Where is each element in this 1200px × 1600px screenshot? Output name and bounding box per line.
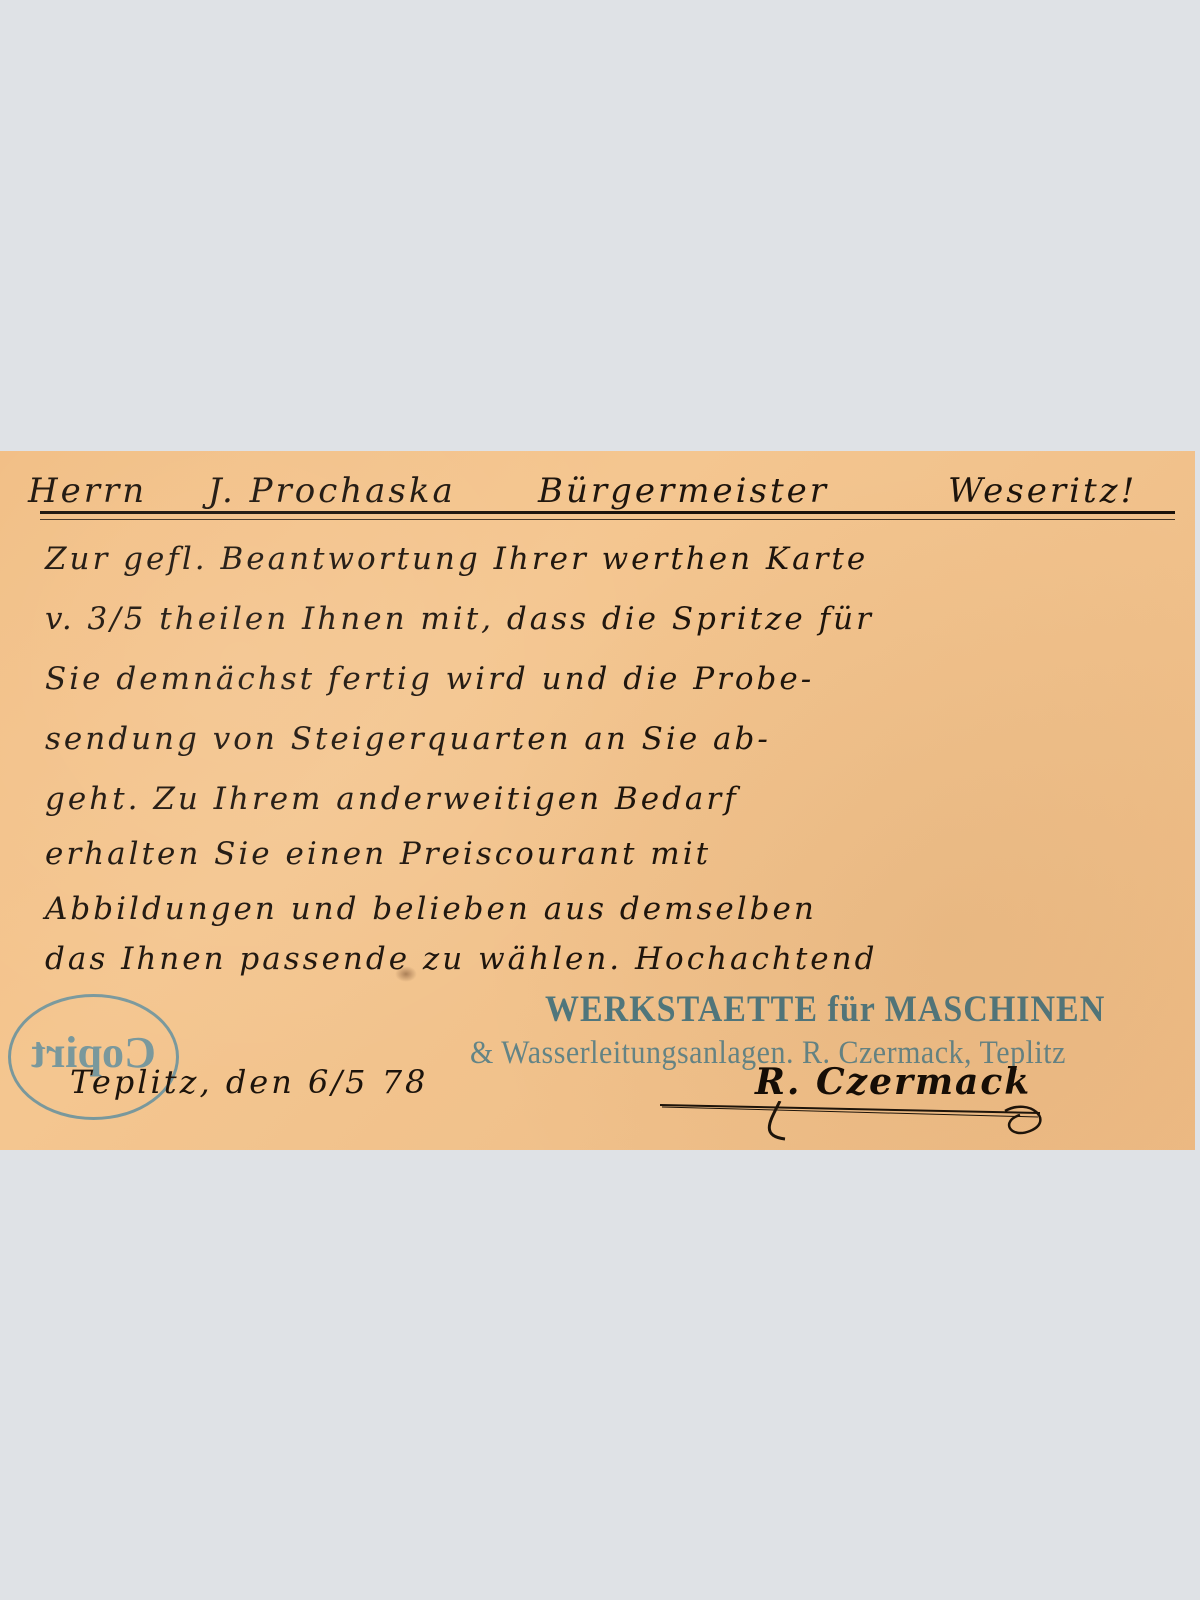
salutation: Herrn — [28, 471, 147, 511]
body-line-3: Sie demnächst fertig wird und die Probe- — [45, 661, 814, 697]
address-underline — [40, 511, 1175, 514]
recipient-place: Weseritz! — [948, 471, 1137, 511]
body-line-7: Abbildungen und belieben aus demselben — [45, 891, 817, 927]
body-line-5: geht. Zu Ihrem anderweitigen Bedarf — [45, 781, 739, 817]
address-underline-thin — [40, 519, 1175, 520]
copied-oval-stamp: Copirt — [8, 994, 179, 1120]
body-line-1: Zur gefl. Beantwortung Ihrer werthen Kar… — [45, 541, 868, 577]
body-line-8: das Ihnen passende zu wählen. Hochachten… — [45, 941, 877, 977]
ink-stain — [395, 966, 417, 982]
place-date: Teplitz, den 6/5 78 — [70, 1063, 428, 1101]
signature-flourish — [660, 1101, 1050, 1150]
recipient-name: J. Prochaska — [208, 471, 456, 511]
body-line-2: v. 3/5 theilen Ihnen mit, dass die Sprit… — [45, 601, 874, 637]
company-stamp-line-1: WERKSTAETTE für MASCHINEN — [545, 989, 1105, 1031]
body-line-4: sendung von Steigerquarten an Sie ab- — [45, 721, 771, 757]
recipient-title: Bürgermeister — [538, 471, 829, 511]
body-line-6: erhalten Sie einen Preiscourant mit — [45, 836, 711, 872]
signature: R. Czermack — [755, 1061, 1031, 1103]
postcard: Herrn J. Prochaska Bürgermeister Weserit… — [0, 451, 1195, 1150]
